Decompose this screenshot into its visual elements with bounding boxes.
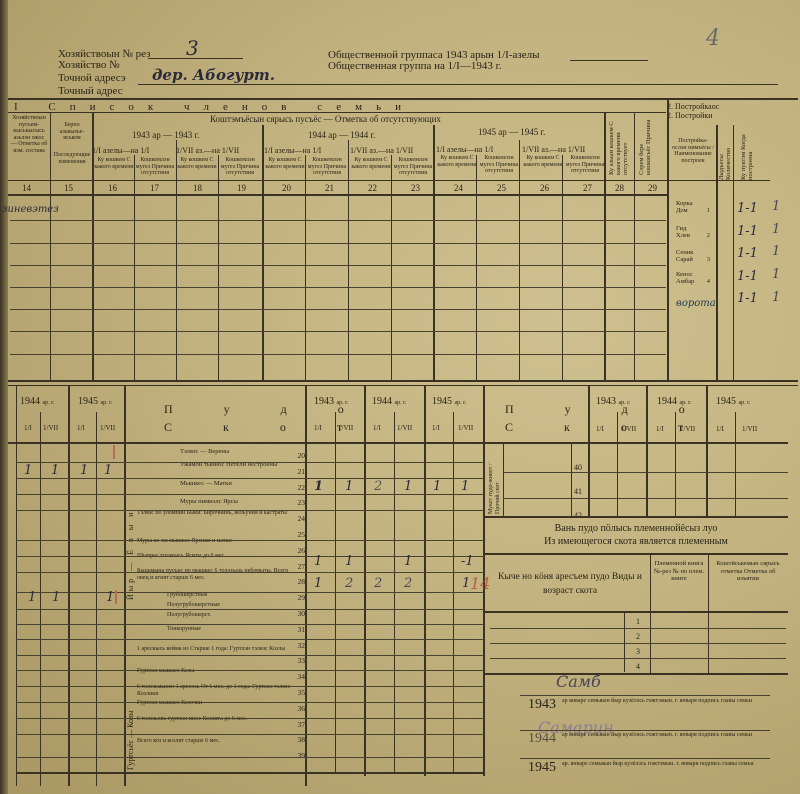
row-rule — [10, 220, 666, 221]
household-number: 3 — [186, 36, 199, 60]
grid-line — [562, 155, 563, 380]
col28-header: Ку азьын кошкем С какого времени отсутст… — [608, 115, 618, 175]
row-number: 35 — [292, 685, 305, 701]
grid-line — [667, 100, 669, 380]
red-pencil-mark — [115, 590, 117, 604]
colnum: 29 — [648, 183, 657, 193]
member-row-handwriting: зиневэтез — [2, 204, 59, 215]
half-label: 1/VII — [742, 425, 757, 433]
address-line — [138, 84, 778, 85]
half-label: 1/VII — [397, 424, 412, 432]
grid-line — [305, 386, 307, 786]
row-rule — [10, 243, 666, 244]
row-numbers: 20 21 22 23 24 25 26 27 28 29 30 31 32 3… — [292, 448, 305, 764]
signature-text: ар январе семьяын йыр кузёлэсь гожтэмын.… — [562, 698, 762, 705]
half-label: 1/I — [314, 424, 322, 432]
header-rule — [8, 98, 798, 100]
row-rule — [10, 287, 666, 288]
subhead-17: Кошкемлэн мугез Причина отсутствия — [134, 157, 176, 177]
row-rule — [484, 516, 788, 518]
row-number: 28 — [292, 574, 305, 590]
row-number: 2 — [636, 629, 640, 644]
buildings-col-a: Постройка­ослэн ни­мъёсы / Наимено­вание… — [672, 138, 714, 164]
row-label: Тонкорунные — [137, 626, 297, 646]
half-label: 1/VII — [100, 424, 115, 432]
left-mark: 1 — [106, 590, 114, 605]
center-year-1945: 1945 ар. г. — [432, 396, 466, 407]
row-number: 36 — [292, 701, 305, 717]
grid-line — [68, 386, 70, 786]
year-suffix: ар. г. — [739, 400, 751, 406]
value-cell: 1 — [433, 479, 441, 494]
cattle-group-label: Йыр — Ё в ы н — [127, 450, 137, 600]
col29-header: Сэрем бере кошкисьёс Причина — [638, 115, 648, 175]
year-suffix: ар. г. — [455, 400, 467, 406]
colnum: 21 — [325, 183, 334, 193]
grid-line — [519, 140, 520, 380]
goats-group-label: Гурт­сьёс — Козы — [127, 660, 137, 770]
left-mark: 1 — [51, 463, 59, 478]
row-label: Грубошерстные — [137, 592, 297, 602]
year: 1944 — [20, 396, 40, 407]
half-label: 1/VII — [338, 424, 353, 432]
row-rule — [16, 494, 484, 495]
grid-line — [735, 412, 736, 516]
buildings-col-c: Ку пуктэм Когда построена — [740, 125, 750, 180]
year-suffix: ар. г. — [337, 400, 349, 406]
section2-title-rus: 2. Постройки — [667, 111, 719, 120]
half1943b: 1/VII аз.—на 1/VII — [176, 146, 239, 155]
value-cell: 1 — [404, 479, 412, 494]
grid-line — [40, 412, 41, 786]
livestock-right-title-rus: С к о т — [505, 420, 707, 435]
half-label: 1/I — [373, 424, 381, 432]
building-mark: 1 — [772, 199, 780, 214]
half1944b: 1/VII аз.—на 1/VII — [350, 146, 413, 155]
row-rule — [490, 658, 786, 659]
half-label: 1/I — [596, 425, 604, 433]
breeding-title-tat: Вань пудо пӧлысь племеннойёсыз луо — [484, 522, 788, 535]
colnum: 24 — [454, 183, 463, 193]
right-year-1943: 1943 ар. г. — [596, 396, 630, 407]
row-number: 41 — [574, 480, 582, 504]
grid-line — [176, 140, 177, 380]
grid-line — [16, 386, 17, 786]
colnum: 15 — [64, 183, 73, 193]
register-page: Хозяйствоын № рез 3 Хозяйство № Точной а… — [0, 0, 800, 794]
row-rule — [16, 772, 484, 774]
row-rule — [16, 624, 484, 625]
building-2: Гид Хлев 2 — [676, 225, 710, 239]
half1943a: 1/I азелы—на 1/I — [92, 146, 149, 155]
subhead-18: Ку кошкем С какого времени — [176, 157, 218, 170]
row-rule — [503, 472, 788, 473]
building-4: Кенос Амбар 4 — [676, 271, 710, 285]
value-cell: 1 — [314, 479, 323, 494]
building-name-rus: Хлев — [676, 232, 690, 239]
address-value: дер. Абогурт. — [152, 66, 275, 84]
year: 1943 — [314, 396, 334, 407]
row-rule — [10, 331, 666, 332]
left-mark: 1 — [80, 463, 88, 478]
subhead-23: Кошкемлэн мугез Причина отсутствия — [392, 157, 434, 177]
breeding-col3: Коштӥськем­ын сярысь отметка Отметка об … — [710, 560, 786, 583]
signature-line — [520, 758, 770, 759]
year-1945-label: 1945 ар — 1945 г. — [478, 127, 545, 137]
group-line — [570, 60, 648, 61]
building-count: 1-1 — [737, 246, 758, 261]
building-count: 1-1 — [737, 224, 758, 239]
row-label: Полугрубошерстные — [137, 602, 297, 612]
colnum: 23 — [411, 183, 420, 193]
colnum: 27 — [583, 183, 592, 193]
year-suffix: ар. г. — [619, 400, 631, 406]
building-name-rus: Амбар — [676, 278, 694, 285]
address-label-rus: Точный адрес — [58, 86, 123, 97]
other-livestock-label: Мукет пудо-живот / Прочий скот — [488, 444, 502, 514]
rule — [484, 611, 788, 613]
address-label-tat: Точной адресэ — [58, 73, 126, 84]
col15-header-top: Берпо азьвызъе­яськем — [53, 122, 91, 142]
year-suffix: ар. г. — [680, 400, 692, 406]
half-label: 1/I — [656, 425, 664, 433]
grid-line — [634, 112, 635, 380]
row-rule — [490, 643, 786, 644]
signature-text: ар. январе семьяын йыр кузёлэсь гожтэмын… — [562, 761, 762, 768]
household-reg-label-rus: Хозяйство № — [58, 60, 120, 71]
building-3: Сеник Сарай 3 — [676, 249, 710, 263]
rule — [8, 194, 668, 196]
building-5: ворота — [676, 298, 716, 309]
value-cell: 1 — [404, 554, 412, 569]
colnum: 22 — [368, 183, 377, 193]
row-rule — [16, 757, 484, 758]
building-mark: 1 — [772, 267, 780, 282]
grid-line — [433, 125, 435, 380]
red-pencil-mark — [113, 445, 115, 459]
year: 1945 — [432, 396, 452, 407]
row-rule — [490, 628, 786, 629]
value-cell: 2 — [374, 576, 382, 591]
colnum: 19 — [237, 183, 246, 193]
grid-line — [476, 155, 477, 380]
value-cell: 1 — [314, 554, 322, 569]
building-mark: 1 — [772, 222, 780, 237]
left-mark: 1 — [24, 463, 32, 478]
year: 1945 — [78, 396, 98, 407]
signature-1943: Самб — [556, 672, 601, 691]
colnum: 18 — [193, 183, 202, 193]
right-year-1944: 1944 ар. г. — [657, 396, 691, 407]
col15-header-bottom: Последую­щие изме­нения — [53, 152, 91, 165]
grid-line — [348, 140, 349, 380]
half1945a: 1/I азелы—на 1/I — [436, 145, 493, 154]
row-number: 34 — [292, 669, 305, 685]
value-cell: -1 — [461, 554, 474, 569]
row-label: 1 арескысь вейма из Старше 1 года: Гуртл… — [137, 646, 297, 668]
row-rule — [16, 686, 484, 687]
half-label: 1/VII — [458, 424, 473, 432]
subhead-22: Ку кошкем С какого времени — [350, 157, 392, 170]
breeding-row-numbers: 1 2 3 4 — [636, 614, 640, 674]
right-year-1945: 1945 ар. г. — [716, 396, 750, 407]
binding-edge — [0, 0, 8, 794]
row-number: 40 — [574, 456, 582, 480]
building-num: 2 — [707, 232, 710, 239]
row-rule — [16, 478, 484, 479]
grid-line — [96, 412, 97, 786]
row-rule — [16, 670, 484, 671]
row-rule — [16, 572, 484, 573]
signature-year: 1943 — [528, 697, 556, 713]
livestock-row-labels-2: Тэлязс по уломпин Быки: Бирочнинь, вельу… — [137, 510, 297, 750]
red-annotation: 14 — [470, 574, 490, 593]
building-mark: 1 — [772, 244, 780, 259]
grid-line — [134, 155, 135, 380]
grid-line — [706, 386, 708, 516]
left-mark: 1 — [104, 463, 112, 478]
signature-line — [520, 695, 770, 696]
half-label: 1/I — [77, 424, 85, 432]
grid-line — [571, 442, 572, 516]
signature-line — [520, 730, 770, 731]
row-rule — [16, 702, 484, 703]
building-name-rus: Дом — [676, 207, 688, 214]
grid-line — [675, 412, 676, 516]
colnum: 25 — [497, 183, 506, 193]
building-1: Корка Дом 1 — [676, 200, 710, 214]
building-count: 1-1 — [737, 269, 758, 284]
subhead-16: Ку кошкем С какого времени — [93, 157, 135, 170]
rule — [8, 180, 770, 181]
building-count: 1-1 — [737, 201, 758, 216]
building-name-tat: Гид — [676, 225, 710, 232]
colnum: 17 — [150, 183, 159, 193]
value-cell: 1 — [314, 576, 322, 591]
grid-line — [391, 155, 392, 380]
left-year-1944: 1944 ар. г. — [20, 396, 54, 407]
row-label: Всего коз и козлят старше 6 мес. — [137, 738, 297, 750]
subhead-20: Ку кошкем С какого времени — [264, 157, 306, 170]
colnum: 16 — [108, 183, 117, 193]
buildings-col-b: Лыдъесы Количество — [718, 125, 728, 180]
colnum: 28 — [615, 183, 624, 193]
grid-line — [733, 125, 734, 380]
group-label-rus: Общественная группа на 1/I—1943 г. — [328, 61, 502, 72]
half-label: 1/VII — [621, 425, 636, 433]
grid-line — [624, 612, 625, 672]
building-name-rus: Сарай — [676, 256, 693, 263]
row-rule — [16, 540, 484, 541]
grid-line — [588, 386, 590, 516]
grid-line — [503, 442, 504, 516]
breeding-title-rus: Из имеющегося скота является племенным — [484, 535, 788, 548]
grid-line — [305, 155, 306, 380]
rule — [8, 112, 666, 113]
center-year-1943: 1943 ар. г. — [314, 396, 348, 407]
half1944a: 1/I азелы—на 1/I — [264, 146, 321, 155]
col14-header: Хозяйство­ын пусъем­кыськы­сы­сь азьлэн … — [10, 115, 48, 180]
row-rule — [16, 592, 484, 593]
building-mark: 1 — [772, 290, 780, 305]
row-number: 4 — [636, 659, 640, 674]
row-rule — [10, 309, 666, 310]
building-name-tat: Кенос — [676, 271, 710, 278]
row-number: 23 — [292, 495, 305, 511]
building-name-tat: Корка — [676, 200, 710, 207]
building-name-tat: Сеник — [676, 249, 710, 256]
colnum: 14 — [22, 183, 31, 193]
grid-line — [218, 155, 219, 380]
rule — [484, 553, 788, 555]
grid-line — [646, 386, 648, 516]
section-divider — [8, 380, 798, 382]
breeding-col2: Племенной книга №-рез № по плем. книге — [652, 560, 706, 583]
row-rule — [16, 609, 484, 610]
grid-line — [604, 112, 606, 380]
building-num: 3 — [707, 256, 710, 263]
row-label: Тэлязс — Верены — [180, 448, 288, 461]
subhead-21: Кошкемлэн мугез Причина отсутствия — [306, 157, 348, 177]
center-year-1944: 1944 ар. г. — [372, 396, 406, 407]
year-1944-label: 1944 ар — 1944 г. — [308, 130, 375, 140]
row-rule — [503, 498, 788, 499]
half-label: 1/VII — [680, 425, 695, 433]
year-suffix: ар. г. — [101, 400, 113, 406]
grid-line — [617, 412, 618, 516]
row-rule — [16, 734, 484, 735]
half-label: 1/I — [432, 424, 440, 432]
grid-line — [262, 125, 264, 380]
year: 1945 — [716, 396, 736, 407]
row-number: 1 — [636, 614, 640, 629]
row-rule — [10, 265, 666, 266]
row-label: Тэлязс по уломпин Быки: Бирочнинь, вельу… — [137, 510, 297, 538]
section-divider — [8, 385, 798, 386]
half-label: 1/I — [716, 425, 724, 433]
row-number: 24 — [292, 511, 305, 527]
colnum: 26 — [540, 183, 549, 193]
absent-header: Коштэмъёсын сярысь пусъёс — Отметка об о… — [210, 114, 441, 124]
value-cell: 1 — [345, 554, 353, 569]
half1945b: 1/VII аз.—на 1/VII — [522, 145, 585, 154]
building-num: 1 — [707, 207, 710, 214]
year: 1943 — [596, 396, 616, 407]
page-number: 4 — [706, 26, 720, 51]
row-rule — [16, 510, 484, 511]
building-count: 1-1 — [737, 291, 758, 306]
half-label: 1/VII — [43, 424, 58, 432]
subhead-27: Кошкемлэн мугез Причина отсутствия — [564, 155, 606, 175]
row-rule — [16, 655, 484, 656]
subhead-19: Кошкемлэн мугез Причина отсутствия — [218, 157, 262, 177]
value-cell: 2 — [345, 576, 353, 591]
year: 1944 — [372, 396, 392, 407]
row-rule — [10, 354, 666, 355]
year-1943-label: 1943 ар — 1943 г. — [132, 130, 199, 140]
value-cell: 1 — [461, 479, 469, 494]
half-label: 1/I — [24, 424, 32, 432]
breeding-title: Вань пудо пӧлысь племеннойёсыз луо Из им… — [484, 522, 788, 548]
grid-line — [50, 112, 51, 380]
value-cell: 2 — [374, 479, 382, 494]
signature-text: ар январе семьяын йыр кузёлэсь гожтэмын.… — [562, 732, 762, 739]
livestock-row-labels: Тэлязс — Верены Ужамон тыннос Нетели нес… — [180, 448, 288, 512]
year-suffix: ар. г. — [43, 400, 55, 406]
section2-title-tat: 2. Постройкаос — [667, 102, 719, 111]
section2-title: 2. Постройкаос 2. Постройки — [667, 102, 719, 120]
left-year-1945: 1945 ар. г. — [78, 396, 112, 407]
value-cell: 1 — [345, 479, 353, 494]
row-label: Ужамон тыннос Нетели нестроены — [180, 461, 288, 476]
signature-year: 1945 — [528, 760, 556, 776]
year: 1944 — [657, 396, 677, 407]
grid-line — [708, 553, 709, 673]
grid-line — [716, 125, 718, 380]
left-mark: 1 — [28, 590, 36, 605]
subhead-26: Ку кошкем С какого времени — [522, 155, 564, 168]
value-cell: 2 — [404, 576, 412, 591]
breeding-col1: Кыче но кӧня аресъем пудо Виды и возраст… — [490, 570, 650, 598]
grid-line — [650, 553, 651, 673]
rule — [484, 673, 788, 675]
subhead-24: Ку кошкем С какого времени — [436, 155, 478, 168]
subhead-25: Кошкемлэн мугез Причина отсутствия — [478, 155, 520, 175]
left-mark: 1 — [52, 590, 60, 605]
year-suffix: ар. г. — [395, 400, 407, 406]
building-num: 4 — [707, 278, 710, 285]
row-rule — [16, 556, 484, 557]
row-rule — [16, 639, 484, 640]
row-rule — [16, 718, 484, 719]
colnum: 20 — [282, 183, 291, 193]
grid-line — [92, 112, 94, 380]
row-number: 3 — [636, 644, 640, 659]
signature-year: 1944 — [528, 731, 556, 747]
